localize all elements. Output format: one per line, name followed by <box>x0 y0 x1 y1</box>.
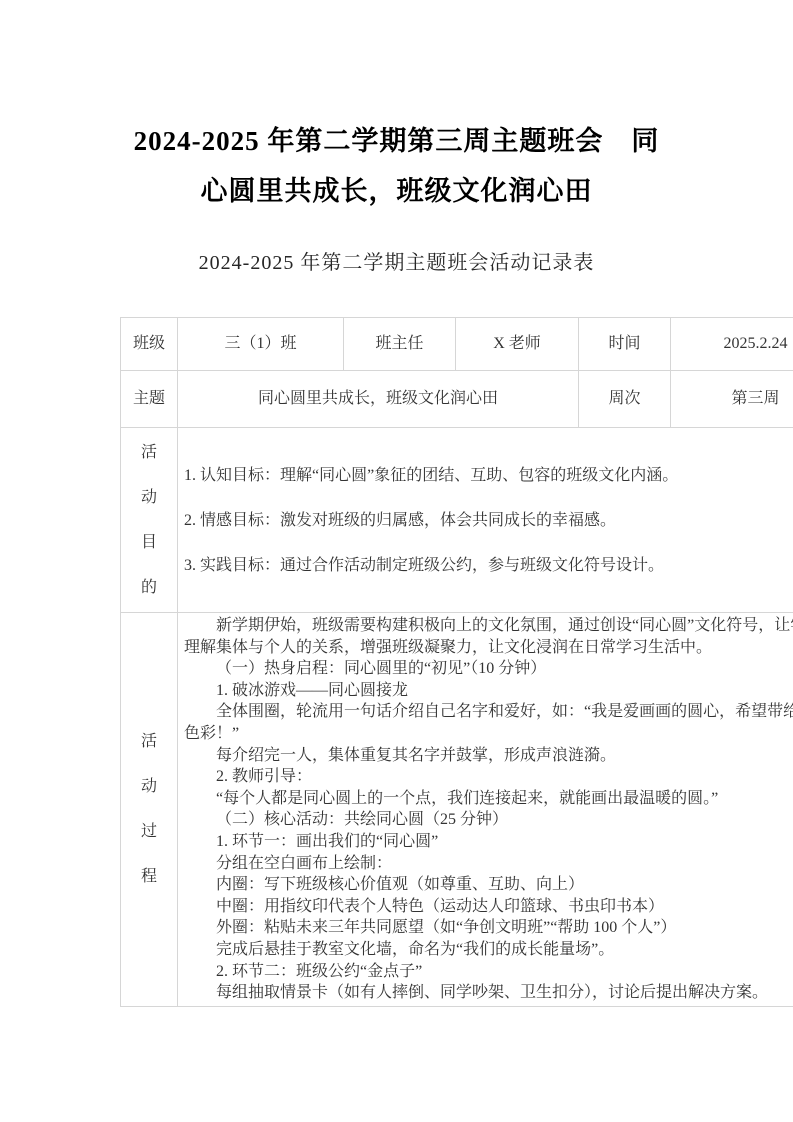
process-paragraph: 1. 破冰游戏——同心圆接龙 <box>184 680 793 702</box>
theme-value: 同心圆里共成长，班级文化润心田 <box>178 371 579 428</box>
process-paragraph: 完成后悬挂于教室文化墙，命名为“我们的成长能量场”。 <box>184 939 793 961</box>
process-paragraph: 1. 环节一：画出我们的“同心圆” <box>184 831 793 853</box>
purpose-content: 1. 认知目标：理解“同心圆”象征的团结、互助、包容的班级文化内涵。 2. 情感… <box>178 428 793 613</box>
process-content: 新学期伊始，班级需要构建积极向上的文化氛围，通过创设“同心圆”文化符号，让学生理… <box>178 613 793 1007</box>
page-title-line-2: 心圆里共成长，班级文化润心田 <box>0 166 793 216</box>
time-value: 2025.2.24 <box>671 318 793 371</box>
page-title: 2024-2025 年第二学期第三周主题班会 同 心圆里共成长，班级文化润心田 <box>0 116 793 216</box>
class-value: 三（1）班 <box>178 318 344 371</box>
process-paragraph: （二）核心活动：共绘同心圆（25 分钟） <box>184 809 793 831</box>
activity-record-table: 班级 三（1）班 班主任 X 老师 时间 2025.2.24 主题 同心圆里共成… <box>120 317 793 1007</box>
process-paragraph: 2. 教师引导： <box>184 766 793 788</box>
process-paragraph: 外圈：粘贴未来三年共同愿望（如“争创文明班”“帮助 100 个人”） <box>184 917 793 939</box>
week-label: 周次 <box>579 371 671 428</box>
process-paragraph: 分组在空白画布上绘制： <box>184 853 793 875</box>
process-paragraph: 中圈：用指纹印代表个人特色（运动达人印篮球、书虫印书本） <box>184 896 793 918</box>
record-table-title: 2024-2025 年第二学期主题班会活动记录表 <box>0 250 793 276</box>
process-paragraph: 内圈：写下班级核心价值观（如尊重、互助、向上） <box>184 874 793 896</box>
process-label-text: 活动过程 <box>141 719 158 899</box>
purpose-label-text: 活动目的 <box>141 430 158 610</box>
teacher-value: X 老师 <box>456 318 579 371</box>
week-value: 第三周 <box>671 371 793 428</box>
page-title-line-1: 2024-2025 年第二学期第三周主题班会 同 <box>0 116 793 166</box>
purpose-paragraph: 3. 实践目标：通过合作活动制定班级公约，参与班级文化符号设计。 <box>184 543 793 588</box>
table-row-theme: 主题 同心圆里共成长，班级文化润心田 周次 第三周 <box>121 371 793 428</box>
process-paragraph: （一）热身启程：同心圆里的“初见”（10 分钟） <box>184 658 793 680</box>
time-label: 时间 <box>579 318 671 371</box>
table-row-header-info: 班级 三（1）班 班主任 X 老师 时间 2025.2.24 <box>121 318 793 371</box>
process-paragraph: “每个人都是同心圆上的一个点，我们连接起来，就能画出最温暖的圆。” <box>184 788 793 810</box>
purpose-paragraph: 1. 认知目标：理解“同心圆”象征的团结、互助、包容的班级文化内涵。 <box>184 453 793 498</box>
process-label: 活动过程 <box>121 613 178 1007</box>
class-label: 班级 <box>121 318 178 371</box>
document-page: { "header": { "title_line1": "2024-2025 … <box>0 0 793 1122</box>
purpose-label: 活动目的 <box>121 428 178 613</box>
table-row-purpose: 活动目的 1. 认知目标：理解“同心圆”象征的团结、互助、包容的班级文化内涵。 … <box>121 428 793 613</box>
process-paragraph: 全体围圈，轮流用一句话介绍自己名字和爱好，如：“我是爱画画的圆心，希望带给大家色… <box>184 701 793 744</box>
process-paragraph: 2. 环节二：班级公约“金点子” <box>184 961 793 983</box>
theme-label: 主题 <box>121 371 178 428</box>
process-paragraph: 新学期伊始，班级需要构建积极向上的文化氛围，通过创设“同心圆”文化符号，让学生理… <box>184 615 793 658</box>
process-paragraph: 每组抽取情景卡（如有人摔倒、同学吵架、卫生扣分），讨论后提出解决方案。 <box>184 982 793 1004</box>
teacher-label: 班主任 <box>344 318 456 371</box>
table-row-process: 活动过程 新学期伊始，班级需要构建积极向上的文化氛围，通过创设“同心圆”文化符号… <box>121 613 793 1007</box>
purpose-paragraph: 2. 情感目标：激发对班级的归属感，体会共同成长的幸福感。 <box>184 498 793 543</box>
process-paragraph: 每介绍完一人，集体重复其名字并鼓掌，形成声浪涟漪。 <box>184 745 793 767</box>
